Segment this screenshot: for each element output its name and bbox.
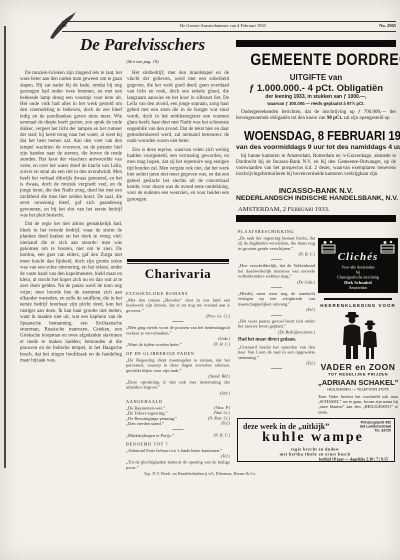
press-quote-source: (Tel.) bbox=[238, 307, 315, 312]
ad-paragraph-2-wrap: bij hunne kantoren te Amsterdam, Rotterd… bbox=[236, 153, 396, 184]
charivaria-quote: „Den vierden stand.”(Tel.) bbox=[126, 421, 230, 426]
cliches-title: Clichés bbox=[318, 251, 398, 263]
tailor-line-1: VADER en ZOON bbox=[318, 362, 398, 372]
charivaria-item-header: AANGEHAALD bbox=[126, 399, 230, 404]
masthead: De Groene Amsterdammer van 4 Februari 19… bbox=[180, 23, 266, 28]
separator bbox=[271, 369, 282, 370]
press-quote-source: (De Bedrijfsreclame.) bbox=[238, 329, 315, 334]
charivaria-source: (Tel.) bbox=[126, 454, 230, 459]
charivaria-source: (Arb.) bbox=[126, 390, 230, 395]
separator bbox=[173, 429, 184, 430]
separator bbox=[271, 287, 282, 288]
article-column-2: Het slotbedrijf, met den brandstapel en … bbox=[127, 70, 229, 256]
charivaria-quote: „Tot de plechtigheden behoort de opening… bbox=[126, 460, 230, 470]
ad-leening-wrap: der leening 1933, in stukken van ƒ 1000.… bbox=[236, 94, 396, 100]
cinema-title: kuhle wampe bbox=[238, 430, 388, 446]
cliches-lines-wrap: Voor alle doeleinden bij Chemigrafische … bbox=[318, 265, 398, 291]
issue-number: No. 2905 bbox=[379, 23, 396, 28]
ad-waarvan-wrap: waarvan ƒ 300.000.— reeds geplaatst à 97… bbox=[236, 101, 396, 106]
ad-paragraph-2: bij hunne kantoren te Amsterdam, Rotterd… bbox=[236, 153, 396, 177]
ad-bank-1: INCASSO-BANK N.V. bbox=[236, 186, 396, 195]
scan-line-artifact bbox=[4, 26, 6, 468]
page-header: 30 De Groene Amsterdammer van 4 Februari… bbox=[62, 23, 396, 31]
cinema-credits-1: regie brecht en dudow bbox=[238, 447, 392, 452]
press-quote: „Uiteraard bracht het optreden van den h… bbox=[238, 344, 315, 360]
charivaria-item-header: OP DE GLIBBERIGE PADEN bbox=[126, 351, 230, 356]
dordrecht-ad: GEMEENTE DORDRECHT UITGIFTE van ƒ 1.000.… bbox=[236, 40, 396, 222]
page-number: 30 bbox=[62, 23, 67, 28]
article-paragraph: Het slotbedrijf, met den brandstapel en … bbox=[127, 70, 229, 144]
cliches-ad: Clichés Voor alle doeleinden bij Chemigr… bbox=[318, 238, 398, 293]
newspaper-page: 30 De Groene Amsterdammer van 4 Februari… bbox=[0, 0, 400, 560]
press-quote-source: (N. R. C.) bbox=[238, 252, 315, 257]
ad-amount: ƒ 1.000.000.- 4 pCt. Obligatiën bbox=[236, 83, 396, 94]
article-title: De Parelvisschers bbox=[55, 35, 230, 55]
ad-bank-2: NEDERLANDSCH INDISCHE HANDELSBANK, N.V. bbox=[236, 195, 396, 202]
article-column-1: De muziek-Grieken zijn zingend iets te l… bbox=[20, 70, 122, 466]
article-subtitle-wrap: (Slot van pag. 19) bbox=[55, 59, 230, 66]
charivaria-quote: „De Regeering dient maatregelen te nemen… bbox=[126, 357, 230, 373]
tailor-heading: HEERENKLEEDING VOOR bbox=[318, 303, 398, 308]
tailor-name: „ADRIAAN SCHAKEL” bbox=[318, 378, 398, 387]
separator bbox=[173, 322, 184, 323]
imprint-wrap: Typ. N.V. Boek- en Handelsdrukkerij v/h.… bbox=[70, 471, 330, 477]
ad-waarvan: waarvan ƒ 300.000.— reeds geplaatst à 97… bbox=[236, 101, 396, 106]
father-son-silhouette bbox=[334, 311, 382, 361]
press-quotes-column: PLAATSBESCHIKKING „De taak der regeering… bbox=[238, 227, 315, 415]
ad-leening: der leening 1933, in stukken van ƒ 1000.… bbox=[236, 94, 396, 100]
ad-bottom-bar bbox=[236, 215, 396, 222]
header-bottom-rule bbox=[62, 31, 396, 32]
press-quote: „Hoe verschrikkelijk, dat de Volkenbond … bbox=[238, 263, 315, 279]
article-paragraph: De muziek-Grieken zijn zingend iets te l… bbox=[20, 70, 122, 219]
article-paragraph: Zoo is deze reprise, waarvan velen zich … bbox=[127, 147, 229, 203]
tailor-address-wrap: HEILIGEWEG — TELEFOON 37075 bbox=[318, 387, 398, 392]
charivaria-thick-rule bbox=[127, 259, 229, 262]
tailor-line-2-wrap: TOT REDELIJKE PRIJZEN bbox=[318, 372, 398, 377]
charivaria-quote: „Men ging steeds voort de poorten van he… bbox=[126, 325, 230, 335]
charivaria-quote: „Markttijdingen te Parijs.”(N. R. C.) bbox=[126, 433, 230, 438]
tailor-line-2: TOT REDELIJKE PRIJZEN bbox=[318, 372, 398, 377]
imprint: Typ. N.V. Boek- en Handelsdrukkerij v/h.… bbox=[70, 471, 330, 476]
charivaria-quote: „Met den roman „Herodes” doet in ons lan… bbox=[126, 298, 230, 314]
separator bbox=[271, 315, 282, 316]
charivaria-item-header: BENOEMD TOT ? bbox=[126, 442, 230, 447]
ad-place-date: AMSTERDAM, 2 Februari 1933. bbox=[238, 206, 398, 213]
tailor-heading-wrap: HEERENKLEEDING VOOR bbox=[318, 303, 398, 309]
tailor-address: HEILIGEWEG — TELEFOON 37075 bbox=[318, 387, 398, 392]
cinema-times-wrap: leeftijd 18 jaar — dagelijks 2.30 | 7 | … bbox=[238, 457, 388, 462]
press-quotes-header: PLAATSBESCHIKKING bbox=[238, 229, 315, 234]
press-quote-source: (De Gids.) bbox=[238, 279, 315, 284]
tailor-para: Toen Vader besloot het voorbeeld ook naa… bbox=[318, 394, 398, 414]
ad-top-bar bbox=[236, 40, 396, 47]
charivaria-quote: „Deze opruiming is dan ook met instemmin… bbox=[126, 379, 230, 389]
ad-title: GEMEENTE DORDRECHT bbox=[250, 50, 381, 70]
ad-paragraph-1: Ondergeteekenden berichten, dat de insch… bbox=[236, 109, 396, 121]
press-quote: „De taak der regeering bestaat hierin, d… bbox=[238, 236, 315, 252]
charivaria-source: (Gids.) bbox=[126, 336, 230, 341]
charivaria-item-header: FATSOENLIJKE ROMANS bbox=[126, 291, 230, 296]
tailor-para-wrap: Toen Vader besloot het voorbeeld ook naa… bbox=[318, 394, 398, 416]
cliches-city: Amsterdam bbox=[318, 286, 398, 291]
ads-divider-rule bbox=[324, 298, 392, 300]
article-paragraph: Dat de regie het niet altoos gemakkelijk… bbox=[20, 221, 122, 363]
charivaria-column: FATSOENLIJKE ROMANS „Met den roman „Hero… bbox=[126, 284, 230, 470]
ad-uitgifte: UITGIFTE van bbox=[236, 73, 396, 82]
article-subtitle: (Slot van pag. 19) bbox=[55, 59, 230, 64]
ad-paragraph-1-wrap: Ondergeteekenden berichten, dat de insch… bbox=[236, 109, 396, 128]
right-ads-column: Clichés Voor alle doeleinden bij Chemigr… bbox=[318, 238, 398, 416]
charivaria-quote: „Want de tijden worden beter.”(N. R. C.) bbox=[126, 342, 230, 347]
charivaria-source: (Prov. Gr. Ct.) bbox=[126, 314, 230, 319]
cinema-ad: deze week in de „uitkijk” Prinsengracht … bbox=[237, 418, 395, 462]
charivaria-thin-rule bbox=[127, 263, 229, 264]
press-quote-source: (Tel.) bbox=[238, 361, 315, 366]
charivaria-quote: „Admiraal Paris behoort tot 's lands bes… bbox=[126, 448, 230, 453]
charivaria-source: (Stand. Bld.) bbox=[126, 373, 230, 378]
ad-day: WOENSDAG, 8 FEBRUARI 1933, bbox=[244, 129, 388, 143]
separator bbox=[271, 260, 282, 261]
cinema-times: leeftijd 18 jaar — dagelijks 2.30 | 7 | … bbox=[238, 457, 388, 462]
charivaria-title: Charivaria bbox=[127, 266, 229, 282]
press-quote-bold: Had het maar direct gedaan. bbox=[238, 337, 315, 342]
press-quote: „Hierbij moet men nog de aandacht vestig… bbox=[238, 291, 315, 307]
press-quote: „Het vieze paarse gevoel heeft zich onde… bbox=[238, 318, 315, 328]
ad-hours: van des voormiddags 9 uur tot des namidd… bbox=[236, 144, 396, 151]
